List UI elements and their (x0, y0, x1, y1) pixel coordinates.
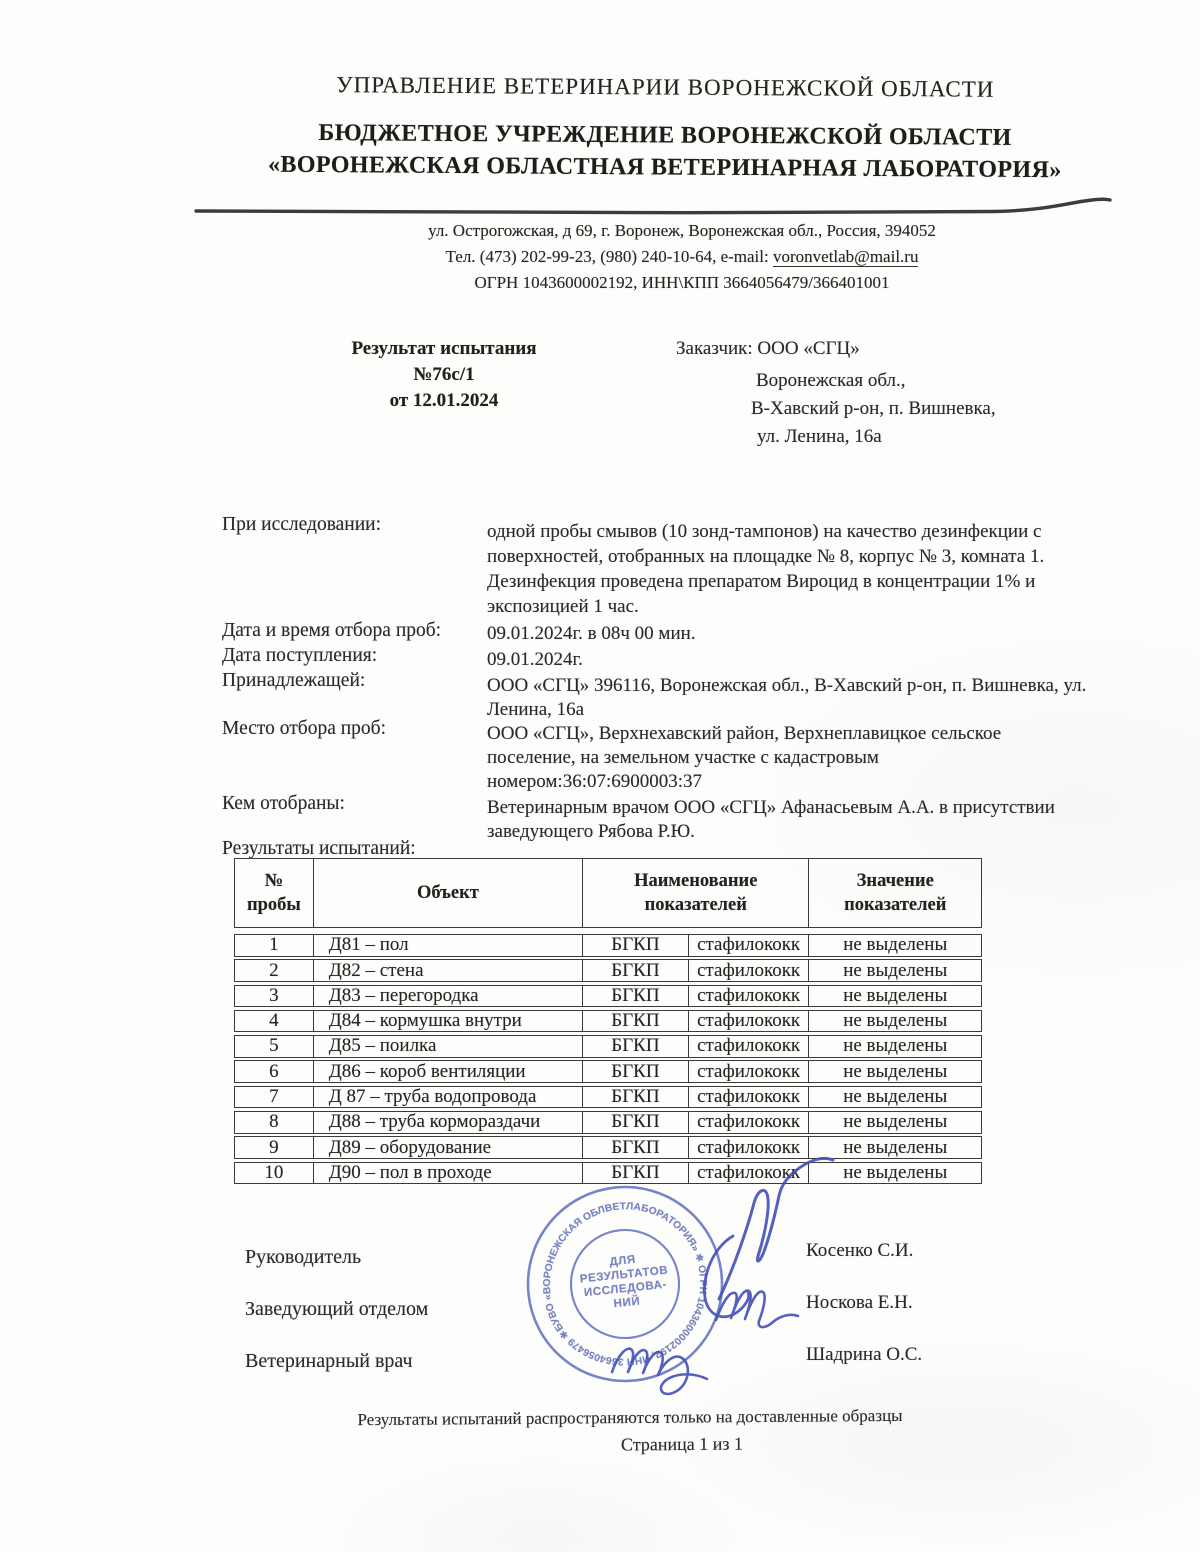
stamp-ring-text: БУВО «ВОРОНЕЖСКАЯ ОБЛВЕТЛАБОРАТОРИЯ» ✱ О… (534, 1193, 717, 1375)
indicator-bgkp-cell: БГКП (582, 1087, 688, 1108)
sample-number-cell: 7 (235, 1087, 313, 1108)
receipt-date-label: Дата поступления: (222, 645, 377, 667)
header-object: Объект (313, 859, 582, 927)
owner-value-line: ООО «СГЦ» 396116, Воронежская обл., В-Ха… (487, 675, 1086, 697)
sample-number-cell: 6 (235, 1061, 313, 1082)
indicator-bgkp-cell: БГКП (582, 1137, 688, 1158)
research-label: При исследовании: (222, 514, 381, 536)
sampling-place-label: Место отбора проб: (222, 718, 386, 740)
sampled-by-label: Кем отобраны: (222, 793, 345, 815)
table-row: 2 Д82 – стена БГКП стафилококк не выделе… (234, 959, 982, 982)
sampling-datetime-label: Дата и время отбора проб: (222, 620, 441, 642)
value-cell: не выделены (808, 1137, 981, 1158)
header-indicator-name: Наименование показателей (582, 859, 808, 927)
indicator-staph-cell: стафилококк (688, 986, 809, 1007)
header-indicator-value: Значение показателей (808, 859, 981, 927)
signature-title: Ветеринарный врач (245, 1350, 413, 1373)
indicator-bgkp-cell: БГКП (582, 1163, 688, 1184)
indicator-staph-cell: стафилококк (688, 1011, 809, 1032)
sample-number-cell: 4 (235, 1011, 313, 1032)
value-cell: не выделены (808, 1087, 981, 1108)
sampling-place-line: номером:36:07:6900003:37 (487, 771, 702, 793)
research-value-line: поверхностей, отобранных на площадке № 8… (487, 546, 1044, 568)
table-row: 4 Д84 – кормушка внутри БГКП стафилококк… (234, 1010, 982, 1033)
org-institution-line2: «ВОРОНЕЖСКАЯ ОБЛАСТНАЯ ВЕТЕРИНАРНАЯ ЛАБО… (165, 151, 1165, 185)
org-phone-line: Тел. (473) 202-99-23, (980) 240-10-64, e… (332, 247, 1032, 267)
object-cell: Д84 – кормушка внутри (313, 1011, 582, 1032)
object-cell: Д90 – пол в проходе (313, 1163, 582, 1184)
signature-name: Шадрина О.С. (806, 1344, 922, 1366)
research-value-line: Дезинфекция проведена препаратом Вироцид… (487, 571, 1035, 593)
signature-name: Косенко С.И. (806, 1240, 913, 1262)
indicator-bgkp-cell: БГКП (582, 1011, 688, 1032)
object-cell: Д83 – перегородка (313, 986, 582, 1007)
indicator-bgkp-cell: БГКП (582, 986, 688, 1007)
sample-number-cell: 8 (235, 1112, 313, 1133)
stamp-center-text: ИССЛЕДОВА- (583, 1279, 667, 1300)
owner-label: Принадлежащей: (222, 670, 365, 692)
indicator-bgkp-cell: БГКП (582, 935, 688, 956)
object-cell: Д88 – труба кормораздачи (313, 1112, 582, 1133)
scanned-lab-report: УПРАВЛЕНИЕ ВЕТЕРИНАРИИ ВОРОНЕЖСКОЙ ОБЛАС… (0, 0, 1200, 1552)
results-caption: Результаты испытаний: (222, 838, 416, 860)
result-number: №76с/1 (294, 362, 594, 388)
object-cell: Д81 – пол (313, 935, 582, 956)
table-row: 9 Д89 – оборудование БГКП стафилококк не… (234, 1136, 982, 1159)
value-cell: не выделены (808, 1163, 981, 1184)
owner-value-line: Ленина, 16а (487, 699, 584, 721)
table-row: 7 Д 87 – труба водопровода БГКП стафилок… (234, 1086, 982, 1109)
indicator-bgkp-cell: БГКП (582, 1061, 688, 1082)
signature-name: Носкова Е.Н. (806, 1292, 913, 1314)
sampling-place-line: ООО «СГЦ», Верхнехавский район, Верхнепл… (487, 723, 1001, 745)
sample-number-cell: 9 (235, 1137, 313, 1158)
value-cell: не выделены (808, 1061, 981, 1082)
sampled-by-line: Ветеринарным врачом ООО «СГЦ» Афанасьевы… (487, 797, 1055, 819)
indicator-staph-cell: стафилококк (688, 1163, 809, 1184)
table-row: 3 Д83 – перегородка БГКП стафилококк не … (234, 985, 982, 1008)
object-cell: Д85 – поилка (313, 1036, 582, 1057)
results-table: № пробы Объект Наименование показателей … (234, 858, 982, 1187)
sampling-place-line: поселение, на земельном участке с кадаст… (487, 747, 879, 769)
research-value-line: одной пробы смывов (10 зонд-тампонов) на… (487, 521, 1041, 543)
customer-address-line: ул. Ленина, 16а (757, 426, 882, 448)
value-cell: не выделены (808, 986, 981, 1007)
object-cell: Д82 – стена (313, 960, 582, 981)
value-cell: не выделены (808, 960, 981, 981)
result-title-block: Результат испытания №76с/1 от 12.01.2024 (294, 336, 594, 414)
table-row: 5 Д85 – поилка БГКП стафилококк не выдел… (234, 1035, 982, 1058)
header-divider-rule (194, 196, 1114, 220)
sample-number-cell: 10 (235, 1163, 313, 1184)
email-text: voronvetlab@mail.ru (773, 247, 918, 267)
indicator-staph-cell: стафилококк (688, 1137, 809, 1158)
signature-title: Руководитель (245, 1246, 361, 1269)
customer-label: Заказчик: ООО «СГЦ» (676, 338, 860, 360)
value-cell: не выделены (808, 1036, 981, 1057)
phone-text: Тел. (473) 202-99-23, (980) 240-10-64, e… (446, 247, 773, 266)
result-date: от 12.01.2024 (294, 388, 594, 414)
sample-number-cell: 3 (235, 986, 313, 1007)
sample-number-cell: 1 (235, 935, 313, 956)
stamp-center-text: РЕЗУЛЬТАТОВ (579, 1264, 668, 1285)
receipt-date-value: 09.01.2024г. (487, 649, 583, 671)
indicator-staph-cell: стафилококк (688, 960, 809, 981)
table-row: 10 Д90 – пол в проходе БГКП стафилококк … (234, 1162, 982, 1185)
indicator-staph-cell: стафилококк (688, 1112, 809, 1133)
footer-disclaimer: Результаты испытаний распространяются то… (230, 1405, 1030, 1431)
header-sample-number: № пробы (235, 859, 313, 927)
customer-address-line: В-Хавский р-он, п. Вишневка, (751, 398, 996, 420)
indicator-staph-cell: стафилококк (688, 1036, 809, 1057)
result-title: Результат испытания (294, 336, 594, 362)
footer-page-number: Страница 1 из 1 (282, 1431, 1082, 1458)
sample-number-cell: 5 (235, 1036, 313, 1057)
stamp-center-text: ДЛЯ (609, 1254, 636, 1269)
table-row: 6 Д86 – короб вентиляции БГКП стафилокок… (234, 1060, 982, 1083)
org-registration-line: ОГРН 1043600002192, ИНН\КПП 3664056479/3… (332, 273, 1032, 293)
signature-title: Заведующий отделом (245, 1298, 428, 1321)
value-cell: не выделены (808, 1011, 981, 1032)
table-header-row: № пробы Объект Наименование показателей … (234, 858, 982, 928)
org-authority-name: УПРАВЛЕНИЕ ВЕТЕРИНАРИИ ВОРОНЕЖСКОЙ ОБЛАС… (165, 71, 1165, 104)
sample-number-cell: 2 (235, 960, 313, 981)
org-address-line: ул. Острогожская, д 69, г. Воронеж, Воро… (332, 221, 1032, 241)
object-cell: Д86 – короб вентиляции (313, 1061, 582, 1082)
object-cell: Д 87 – труба водопровода (313, 1087, 582, 1108)
indicator-bgkp-cell: БГКП (582, 960, 688, 981)
sampled-by-line: заведующего Рябова Р.Ю. (487, 821, 695, 843)
indicator-bgkp-cell: БГКП (582, 1036, 688, 1057)
stamp-center-text: НИЙ (613, 1295, 641, 1311)
org-institution-line1: БЮДЖЕТНОЕ УЧРЕЖДЕНИЕ ВОРОНЕЖСКОЙ ОБЛАСТИ (165, 119, 1165, 153)
indicator-staph-cell: стафилококк (688, 1087, 809, 1108)
value-cell: не выделены (808, 935, 981, 956)
stamp-outer-circle (518, 1177, 731, 1390)
indicator-bgkp-cell: БГКП (582, 1112, 688, 1133)
value-cell: не выделены (808, 1112, 981, 1133)
table-row: 1 Д81 – пол БГКП стафилококк не выделены (234, 934, 982, 957)
object-cell: Д89 – оборудование (313, 1137, 582, 1158)
stamp-inner-circle (566, 1225, 685, 1344)
signature-ink-shadrina (612, 1349, 707, 1394)
research-value-line: экспозицией 1 час. (487, 596, 639, 618)
indicator-staph-cell: стафилококк (688, 1061, 809, 1082)
table-row: 8 Д88 – труба кормораздачи БГКП стафилок… (234, 1111, 982, 1134)
customer-address-line: Воронежская обл., (756, 370, 906, 392)
signature-ink-noskova (716, 1291, 798, 1328)
sampling-datetime-value: 09.01.2024г. в 08ч 00 мин. (487, 623, 696, 645)
indicator-staph-cell: стафилококк (688, 935, 809, 956)
